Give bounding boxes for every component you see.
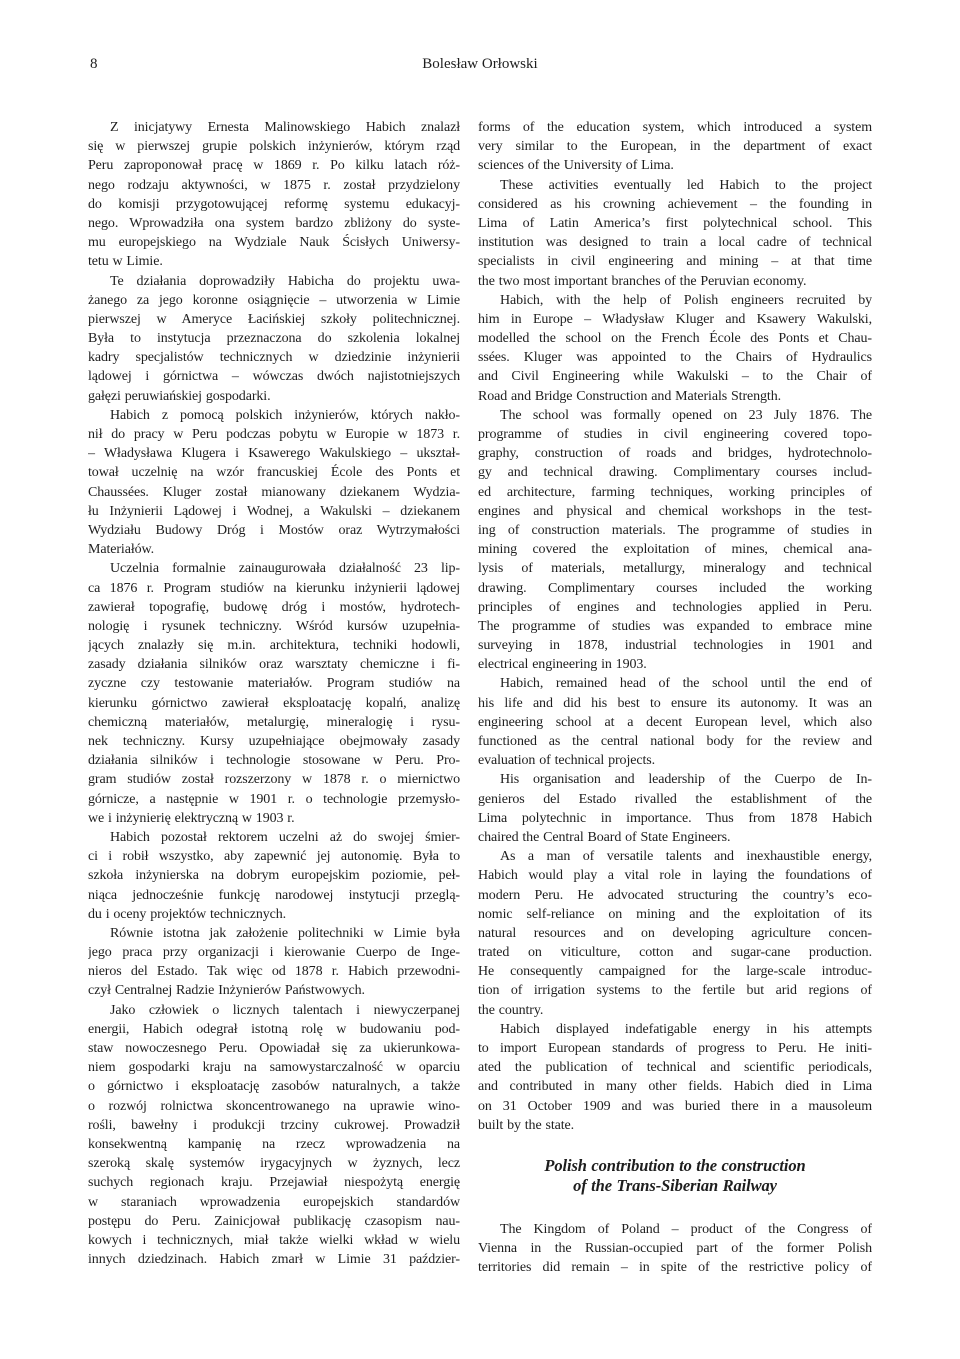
text-line: built by the state. — [478, 1116, 872, 1135]
text-line: gy and technical drawing. Complimentary … — [478, 463, 872, 482]
text-line: we i inżynierię elektryczną w 1903 r. — [88, 809, 460, 828]
text-line: Uczelnia formalnie zainaugurowała działa… — [88, 559, 460, 578]
text-line: jących znalazły się m.in. architektura, … — [88, 636, 460, 655]
text-line: Chaussées. Kluger został mianowany dziek… — [88, 483, 460, 502]
text-line: mu europejskiego na Wydziale Nauk Ścisły… — [88, 233, 460, 252]
text-line: Habich would play a vital role in laying… — [478, 866, 872, 885]
text-line: działania silników i technologie stosowa… — [88, 751, 460, 770]
text-line: ssées. Kluger was appointed to the Chair… — [478, 348, 872, 367]
text-line: Road and Bridge Construction and Materia… — [478, 387, 872, 406]
text-line: zasady działania silników oraz warsztaty… — [88, 655, 460, 674]
text-line: Habich pozostał rektorem uczelni aż do s… — [88, 828, 460, 847]
text-line: genieros del Estado rivalled the establi… — [478, 790, 872, 809]
text-line: Habich, remained head of the school unti… — [478, 674, 872, 693]
text-line: kowych i technicznych, miał także wielki… — [88, 1231, 460, 1250]
text-line: tion of irrigation systems to the fertil… — [478, 981, 872, 1000]
paragraph: Te działania doprowadziły Habicha do pro… — [88, 272, 460, 406]
text-line: gram studiów został rozszerzony w 1878 r… — [88, 770, 460, 789]
text-line: żanego za jego koronne osiągnięcie – utw… — [88, 291, 460, 310]
text-line: ca 1876 r. Program studiów na kierunku i… — [88, 579, 460, 598]
text-line: Materiałów. — [88, 540, 460, 559]
text-line: ing of construction materials. The progr… — [478, 521, 872, 540]
text-line: and Civil Engineering while Wakulski – t… — [478, 367, 872, 386]
text-line: nego rodzaju aktywności, w 1875 r. zosta… — [88, 176, 460, 195]
text-line: jego praca przy organizacji i kierowanie… — [88, 943, 460, 962]
text-line: Jako człowiek o licznych talentach i nie… — [88, 1001, 460, 1020]
text-line: Habich z pomocą polskich inżynierów, któ… — [88, 406, 460, 425]
text-line: Równie istotna jak założenie politechnik… — [88, 924, 460, 943]
text-line: functioned as the central national body … — [478, 732, 872, 751]
text-line: się w pierwszej grupie polskich inżynier… — [88, 137, 460, 156]
text-line: gałęzi peruwiańskiej gospodarki. — [88, 387, 460, 406]
text-line: principles of engines and technologies a… — [478, 598, 872, 617]
text-line: szeroką skalę systemów irygacyjnych w ży… — [88, 1154, 460, 1173]
paragraph: Habich z pomocą polskich inżynierów, któ… — [88, 406, 460, 560]
text-line: electrical engineering in 1903. — [478, 655, 872, 674]
text-line: Vienna in the Russian-occupied part of t… — [478, 1239, 872, 1258]
text-line: niem gospodarki kraju na samowystarczaln… — [88, 1058, 460, 1077]
text-line: suchych regionach kraju. Przejawiał nies… — [88, 1173, 460, 1192]
text-line: specialists in civil engineering and min… — [478, 252, 872, 271]
paragraph: These activities eventually led Habich t… — [478, 176, 872, 291]
text-line: do komisji przygotowującej reformę syste… — [88, 195, 460, 214]
text-line: He consequently campaigned for the large… — [478, 962, 872, 981]
text-line: górnicze, a następnie w 1901 r. o techno… — [88, 790, 460, 809]
text-line: tetu w Limie. — [88, 252, 460, 271]
text-line: nił do pracy w Peru podczas pobytu w Eur… — [88, 425, 460, 444]
text-line: Habich displayed indefatigable energy in… — [478, 1020, 872, 1039]
text-line: natural resources and on developing agri… — [478, 924, 872, 943]
running-head: Bolesław Orłowski — [88, 56, 872, 73]
heading-line: Polish contribution to the construction — [478, 1156, 872, 1176]
text-line: engines and physical and chemical worksh… — [478, 502, 872, 521]
text-line: kierunku górnictwo zawierał eksploatację… — [88, 694, 460, 713]
text-line: The programme of studies was expanded to… — [478, 617, 872, 636]
text-line: nego. Wprowadziła ona system bardzo zbli… — [88, 214, 460, 233]
heading-line: of the Trans-Siberian Railway — [478, 1176, 872, 1196]
text-line: Lima polytechnic in importance. Thus fro… — [478, 809, 872, 828]
text-line: Te działania doprowadziły Habicha do pro… — [88, 272, 460, 291]
text-line: modern Peru. He advocated structuring th… — [478, 886, 872, 905]
text-line: engineering school at a decent European … — [478, 713, 872, 732]
text-line: w staraniach wprowadzenia europejskich s… — [88, 1193, 460, 1212]
paragraph: forms of the education system, which int… — [478, 118, 872, 176]
text-line: sciences of the University of Lima. — [478, 156, 872, 175]
text-line: The school was formally opened on 23 Jul… — [478, 406, 872, 425]
text-line: tował uczelnię na wzór francuskiej École… — [88, 463, 460, 482]
text-line: nologię i rysunek techniczny. Wśród kurs… — [88, 617, 460, 636]
paragraph: Habich pozostał rektorem uczelni aż do s… — [88, 828, 460, 924]
paragraph: As a man of versatile talents and inexha… — [478, 847, 872, 1020]
text-line: Była to instytucja przeznaczona do szkol… — [88, 329, 460, 348]
text-line: pierwszej w Ameryce Łacińskiej szkoły po… — [88, 310, 460, 329]
text-line: ed architecture, farming techniques, wor… — [478, 483, 872, 502]
text-line: ci i robił wszystko, aby zapewnić jej au… — [88, 847, 460, 866]
right-column: forms of the education system, which int… — [478, 118, 872, 1278]
text-line: o rozwój rolnictwa skoncentrowanego na u… — [88, 1097, 460, 1116]
text-line: lysis of materials, metallurgy, mineralo… — [478, 559, 872, 578]
text-line: him in Europe – Władysław Kluger and Ksa… — [478, 310, 872, 329]
text-line: konsekwentną kampanię na rzecz wprowadze… — [88, 1135, 460, 1154]
text-line: drawing. Complimentary courses included … — [478, 579, 872, 598]
text-line: surveying in 1878, industrial technologi… — [478, 636, 872, 655]
text-line: nek techniczny. Kursy uzupełniające obej… — [88, 732, 460, 751]
text-line: As a man of versatile talents and inexha… — [478, 847, 872, 866]
text-line: szkoła inżynierska na dobrym europejskim… — [88, 866, 460, 885]
paragraph: Habich, with the help of Polish engineer… — [478, 291, 872, 406]
text-line: ated the publication of technical and sc… — [478, 1058, 872, 1077]
text-line: considered as his crowning achievement –… — [478, 195, 872, 214]
text-line: kadry specjalistów technicznych w dziedz… — [88, 348, 460, 367]
left-column: Z inicjatywy Ernesta Malinowskiego Habic… — [88, 118, 460, 1278]
text-line: nomic self-reliance on mining and the ex… — [478, 905, 872, 924]
text-line: czył Centralnej Radzie Inżynierów Państw… — [88, 981, 460, 1000]
text-line: modelled the school on the French École … — [478, 329, 872, 348]
text-line: to import European standards of progress… — [478, 1039, 872, 1058]
text-line: his life and did his best to ensure its … — [478, 694, 872, 713]
text-line: His organisation and leadership of the C… — [478, 770, 872, 789]
text-line: lądowej i górnictwa – wówczas dwóch naji… — [88, 367, 460, 386]
paragraph: Habich, remained head of the school unti… — [478, 674, 872, 770]
text-line: łu Inżynierii Lądowej i Wodnej, a Wakuls… — [88, 502, 460, 521]
paragraph: Jako człowiek o licznych talentach i nie… — [88, 1001, 460, 1270]
text-line: Z inicjatywy Ernesta Malinowskiego Habic… — [88, 118, 460, 137]
text-line: Wydziału Budowy Dróg i Mostów oraz Wytrz… — [88, 521, 460, 540]
text-line: graphy, construction of roads and bridge… — [478, 444, 872, 463]
text-line: forms of the education system, which int… — [478, 118, 872, 137]
paragraph: His organisation and leadership of the C… — [478, 770, 872, 847]
text-line: and contributed in many other fields. Ha… — [478, 1077, 872, 1096]
paragraph: Z inicjatywy Ernesta Malinowskiego Habic… — [88, 118, 460, 272]
text-line: evaluation of technical projects. — [478, 751, 872, 770]
text-line: o górnictwo i eksploatację zasobów natur… — [88, 1077, 460, 1096]
text-line: zyczne czy testowanie materiałów. Progra… — [88, 674, 460, 693]
document-page: 8 Bolesław Orłowski Z inicjatywy Ernesta… — [0, 0, 960, 1359]
text-line: the country. — [478, 1001, 872, 1020]
paragraph: The school was formally opened on 23 Jul… — [478, 406, 872, 675]
text-line: chemiczną materiałów, metalurgię, minera… — [88, 713, 460, 732]
paragraph: Uczelnia formalnie zainaugurowała działa… — [88, 559, 460, 828]
text-line: postępu do Peru. Zainicjował publikację … — [88, 1212, 460, 1231]
text-line: Peru zaproponował pracę w 1869 r. Po kil… — [88, 156, 460, 175]
paragraph: The Kingdom of Poland – product of the C… — [478, 1220, 872, 1278]
text-line: Lima of Latin America’s first polytechni… — [478, 214, 872, 233]
text-line: institution was designed to train a loca… — [478, 233, 872, 252]
text-line: innych dziedzinach. Habich zmarł w Limie… — [88, 1250, 460, 1269]
text-line: very similar to the European, in the dep… — [478, 137, 872, 156]
text-line: on 31 October 1909 and was buried there … — [478, 1097, 872, 1116]
text-line: – Władysława Klugera i Ksawerego Wakulsk… — [88, 444, 460, 463]
text-line: programme of studies in civil engineerin… — [478, 425, 872, 444]
text-line: trated on viticulture, cotton and sugar-… — [478, 943, 872, 962]
paragraph: Równie istotna jak założenie politechnik… — [88, 924, 460, 1001]
text-line: Habich, with the help of Polish engineer… — [478, 291, 872, 310]
text-line: zawierał topografię, budowę dróg i mostó… — [88, 598, 460, 617]
text-line: nieros del Estado. Tak więc od 1878 r. H… — [88, 962, 460, 981]
text-columns: Z inicjatywy Ernesta Malinowskiego Habic… — [88, 118, 872, 1278]
text-line: niąca jednocześnie funkcję narodowej ins… — [88, 886, 460, 905]
text-line: chaired the Central Board of State Engin… — [478, 828, 872, 847]
text-line: territories did remain – in spite of the… — [478, 1258, 872, 1277]
page-header: 8 Bolesław Orłowski — [88, 56, 872, 76]
text-line: du i oceny projektów technicznych. — [88, 905, 460, 924]
paragraph: Habich displayed indefatigable energy in… — [478, 1020, 872, 1135]
text-line: the two most important branches of the P… — [478, 272, 872, 291]
text-line: mining covered the exploitation of mines… — [478, 540, 872, 559]
section-heading: Polish contribution to the constructiono… — [478, 1156, 872, 1196]
text-line: rośli, bawełny i produkcji trzciny cukro… — [88, 1116, 460, 1135]
text-line: staw nowoczesnego Peru. Opowiadał się za… — [88, 1039, 460, 1058]
text-line: energii, Habich odegrał istotną rolę w b… — [88, 1020, 460, 1039]
text-line: The Kingdom of Poland – product of the C… — [478, 1220, 872, 1239]
text-line: These activities eventually led Habich t… — [478, 176, 872, 195]
